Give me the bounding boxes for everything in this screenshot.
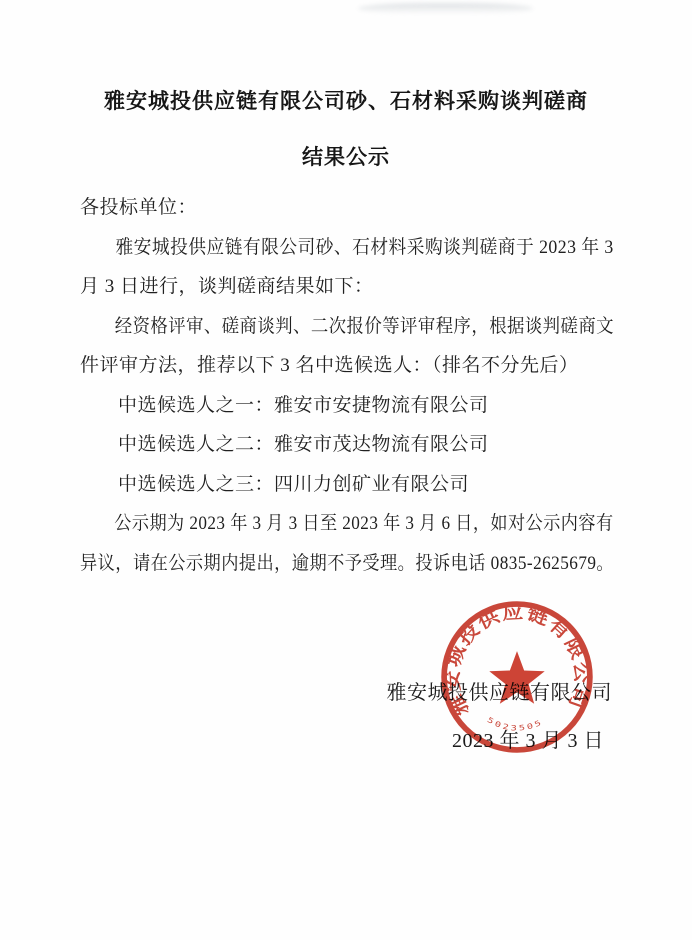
paragraph-2-line-2: 件评审方法，推荐以下 3 名中选候选人：（排名不分先后） (80, 346, 614, 386)
paragraph-2-line-1: 经资格评审、磋商谈判、二次报价等评审程序，根据谈判磋商文 (80, 307, 568, 347)
seal-serial-number: 5023505 (486, 715, 545, 732)
candidate-1-line: 中选候选人之一：雅安市安捷物流有限公司 (80, 386, 614, 426)
document-body: 各投标单位： 雅安城投供应链有限公司砂、石材料采购谈判磋商于 2023 年 3 … (80, 188, 614, 583)
candidate-2-line: 中选候选人之二：雅安市茂达物流有限公司 (80, 425, 614, 465)
company-seal-stamp: 雅安城投供应链有限公司 5023505 (436, 596, 598, 758)
seal-star-icon (489, 651, 544, 704)
document-title-line-2: 结果公示 (0, 141, 692, 171)
paragraph-1-line-2: 月 3 日进行，谈判磋商结果如下： (80, 267, 614, 307)
salutation-line: 各投标单位： (80, 188, 614, 228)
candidate-3-line: 中选候选人之三：四川力创矿业有限公司 (80, 465, 614, 505)
document-title-line-1: 雅安城投供应链有限公司砂、石材料采购谈判磋商 (0, 85, 692, 115)
closing-line-2: 异议，请在公示期内提出，逾期不予受理。投诉电话 0835-2625679。 (80, 544, 563, 584)
document-page: 雅安城投供应链有限公司砂、石材料采购谈判磋商 结果公示 各投标单位： 雅安城投供… (0, 0, 692, 940)
paragraph-1-line-1: 雅安城投供应链有限公司砂、石材料采购谈判磋商于 2023 年 3 (80, 228, 579, 268)
scan-artifact-smudge (358, 3, 533, 14)
closing-line-1: 公示期为 2023 年 3 月 3 日至 2023 年 3 月 6 日，如对公示… (80, 504, 562, 544)
